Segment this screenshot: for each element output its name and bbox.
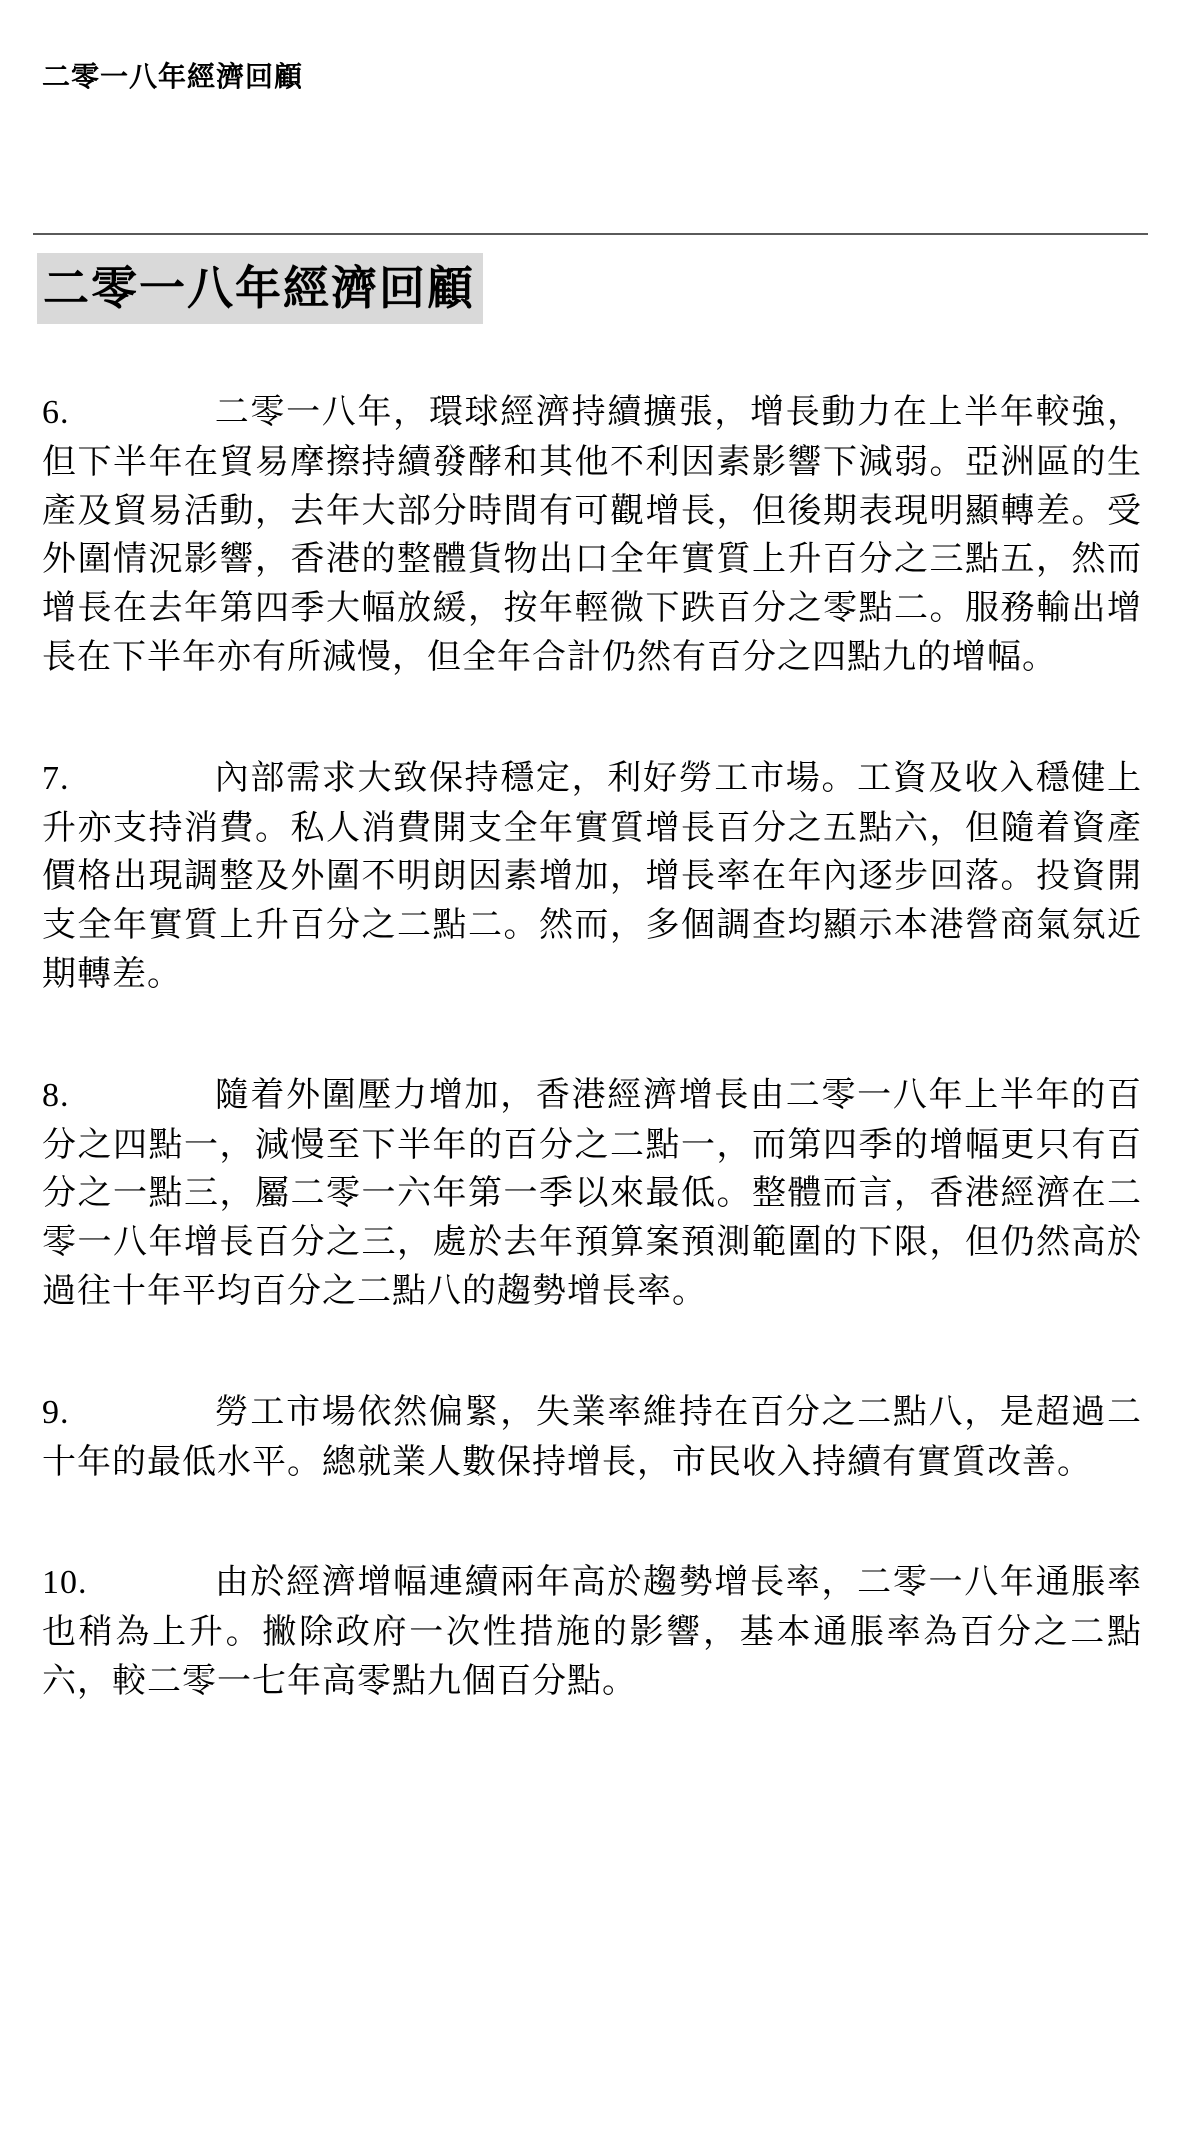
paragraph-8: 8.隨着外圍壓力增加，香港經濟增長由二零一八年上半年的百分之四點一，減慢至下半年… (42, 1071, 1142, 1316)
paragraph-number: 6. (42, 389, 214, 438)
paragraph-7: 7.內部需求大致保持穩定，利好勞工市場。工資及收入穩健上升亦支持消費。私人消費開… (42, 754, 1142, 999)
document-body: 6.二零一八年，環球經濟持續擴張，增長動力在上半年較強，但下半年在貿易摩擦持續發… (42, 388, 1142, 1778)
paragraph-number: 7. (42, 755, 214, 804)
paragraph-number: 10. (42, 1559, 214, 1608)
paragraph-10: 10.由於經濟增幅連續兩年高於趨勢增長率，二零一八年通脹率也稍為上升。撇除政府一… (42, 1558, 1142, 1705)
paragraph-9: 9.勞工市場依然偏緊，失業率維持在百分之二點八，是超過二十年的最低水平。總就業人… (42, 1388, 1142, 1487)
paragraph-number: 9. (42, 1389, 214, 1438)
paragraph-6: 6.二零一八年，環球經濟持續擴張，增長動力在上半年較強，但下半年在貿易摩擦持續發… (42, 388, 1142, 682)
running-header: 二零一八年經濟回顧 (42, 60, 303, 94)
header-rule-divider (33, 233, 1148, 235)
section-title: 二零一八年經濟回顧 (37, 253, 483, 324)
paragraph-number: 8. (42, 1072, 214, 1121)
